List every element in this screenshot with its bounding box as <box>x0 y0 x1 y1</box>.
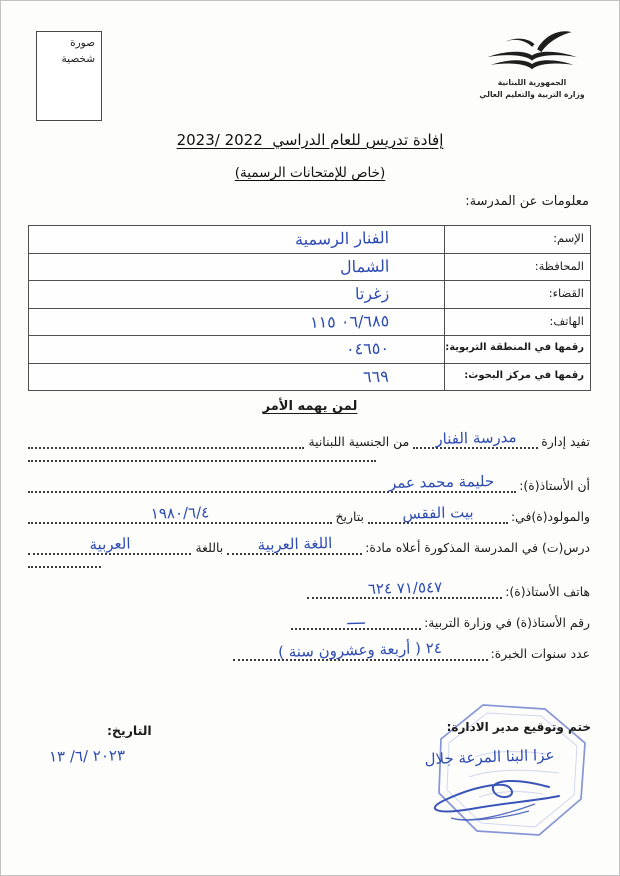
handwritten-language: العربية <box>89 536 130 552</box>
dotted-line: ١٩٨٠/٦/٤ <box>28 517 332 524</box>
handwritten-birthdate: ١٩٨٠/٦/٤ <box>150 505 209 522</box>
table-row: المحافظة: الشمال <box>29 253 590 281</box>
letter-body: تفيد إدارة مدرسة الفنار من الجنسية اللبن… <box>28 430 590 673</box>
ministry-logo: الجمهورية اللبنانية وزارة التربية والتعل… <box>473 27 591 101</box>
dotted-line: اللغة العربية <box>227 548 362 555</box>
line-prefix: أن الأستاذ(ة): <box>516 478 590 493</box>
handwritten-school-phone: ٠٦/٦٨٥ ١١٥ <box>310 313 390 331</box>
letter-heading: لمن يهمه الأمر <box>1 399 619 414</box>
dotted-line <box>28 455 376 462</box>
handwritten-experience: ٢٤ ( أربعة وعشرون سنة ) <box>278 641 442 660</box>
document-subtitle: (خاص للإمتحانات الرسمية) <box>1 165 619 181</box>
handwritten-school-name: الفنار الرسمية <box>295 230 389 248</box>
row-label-region-number: رقمها في المنطقة التربوية: <box>444 336 590 363</box>
handwritten-school: مدرسة الفنار <box>435 430 517 447</box>
table-row: القضاء: زغرتا <box>29 280 590 308</box>
title-text: إفادة تدريس للعام الدراسي <box>272 131 443 149</box>
line-prefix: والمولود(ة)في: <box>508 509 590 524</box>
letter-line-teacher-phone: هاتف الأستاذ(ة): ٧١/٥٤٧ ٦٢٤ <box>28 580 590 599</box>
dotted-line <box>28 561 101 568</box>
line-prefix: هاتف الأستاذ(ة): <box>502 584 590 599</box>
row-label-research-number: رقمها في مركز البحوث: <box>444 364 590 391</box>
ministry-name-line1: الجمهورية اللبنانية <box>473 77 591 89</box>
letter-line-birth: والمولود(ة)في: بيت الفقس بتاريخ ١٩٨٠/٦/٤ <box>28 505 590 524</box>
handwritten-governorate: الشمال <box>339 258 389 275</box>
letter-line-teacher-name: أن الأستاذ(ة): حليمة محمد عمر <box>28 474 590 493</box>
date-label: التاريخ: <box>107 723 152 738</box>
handwritten-district: زغرتا <box>355 286 390 303</box>
handwritten-dash: ــــ <box>347 612 365 627</box>
photo-box-label-line2: شخصية <box>43 51 95 67</box>
handwritten-region-number: ٠٤٦٥٠ <box>346 341 389 358</box>
line-prefix: رقم الأستاذ(ة) في وزارة التربية: <box>421 615 590 630</box>
line-suffix: من الجنسية اللبنانية <box>304 434 413 449</box>
line-mid-label: بتاريخ <box>332 509 368 524</box>
handwritten-teacher-phone: ٧١/٥٤٧ ٦٢٤ <box>367 580 442 597</box>
line-prefix: تفيد إدارة <box>538 434 590 449</box>
title-years: 2023/ 2022 <box>177 131 263 149</box>
dotted-line <box>28 442 304 449</box>
school-info-heading: معلومات عن المدرسة: <box>465 194 589 209</box>
dotted-line: حليمة محمد عمر <box>28 486 516 493</box>
letter-line-administration: تفيد إدارة مدرسة الفنار من الجنسية اللبن… <box>28 430 590 449</box>
handwritten-birthplace: بيت الفقس <box>402 505 474 522</box>
dotted-line: مدرسة الفنار <box>413 442 538 449</box>
handwritten-subject: اللغة العربية <box>257 536 332 553</box>
photo-box-label-line1: صورة <box>43 35 95 51</box>
director-signature-icon <box>417 771 567 829</box>
table-row: رقمها في المنطقة التربوية: ٠٤٦٥٠ <box>29 335 590 363</box>
row-label-district: القضاء: <box>444 281 590 308</box>
open-book-logo-icon <box>480 27 584 77</box>
handwritten-date: ٢٠٢٣ /٦/ ١٣ <box>49 746 125 765</box>
school-info-table: الإسم: الفنار الرسمية المحافظة: الشمال ا… <box>28 225 591 391</box>
document-title: إفادة تدريس للعام الدراسي 2023/ 2022 <box>1 131 619 149</box>
ministry-name-line2: وزارة التربية والتعليم العالي <box>473 89 591 101</box>
row-label-governorate: المحافظة: <box>444 254 590 281</box>
table-row: الإسم: الفنار الرسمية <box>29 226 590 253</box>
teaching-certificate-document: صورة شخصية الجمهورية اللبنانية وزارة الت… <box>0 0 620 876</box>
line-prefix: عدد سنوات الخبرة: <box>488 646 590 661</box>
stamp-signature-label: ختم وتوقيع مدير الادارة: <box>447 720 591 734</box>
row-label-name: الإسم: <box>444 226 590 253</box>
row-label-phone: الهاتف: <box>444 309 590 336</box>
letter-line-subject: درس(ت) في المدرسة المذكورة أعلاه مادة: ا… <box>28 536 590 555</box>
line-prefix: درس(ت) في المدرسة المذكورة أعلاه مادة: <box>362 540 590 555</box>
photo-placeholder-box: صورة شخصية <box>36 31 102 121</box>
letter-line-ministry-number: رقم الأستاذ(ة) في وزارة التربية: ــــ <box>28 611 590 630</box>
dotted-line: ٧١/٥٤٧ ٦٢٤ <box>307 592 502 599</box>
dotted-line: ــــ <box>291 623 421 630</box>
table-row: الهاتف: ٠٦/٦٨٥ ١١٥ <box>29 308 590 336</box>
dotted-line: ٢٤ ( أربعة وعشرون سنة ) <box>233 654 488 661</box>
handwritten-research-number: ٦٦٩ <box>363 368 389 385</box>
dotted-line: العربية <box>28 548 191 555</box>
handwritten-teacher-name: حليمة محمد عمر <box>389 474 494 491</box>
letter-line-experience: عدد سنوات الخبرة: ٢٤ ( أربعة وعشرون سنة … <box>28 642 590 661</box>
line-mid-label: باللغة <box>191 540 227 555</box>
dotted-line: بيت الفقس <box>368 517 508 524</box>
table-row: رقمها في مركز البحوث: ٦٦٩ <box>29 363 590 391</box>
